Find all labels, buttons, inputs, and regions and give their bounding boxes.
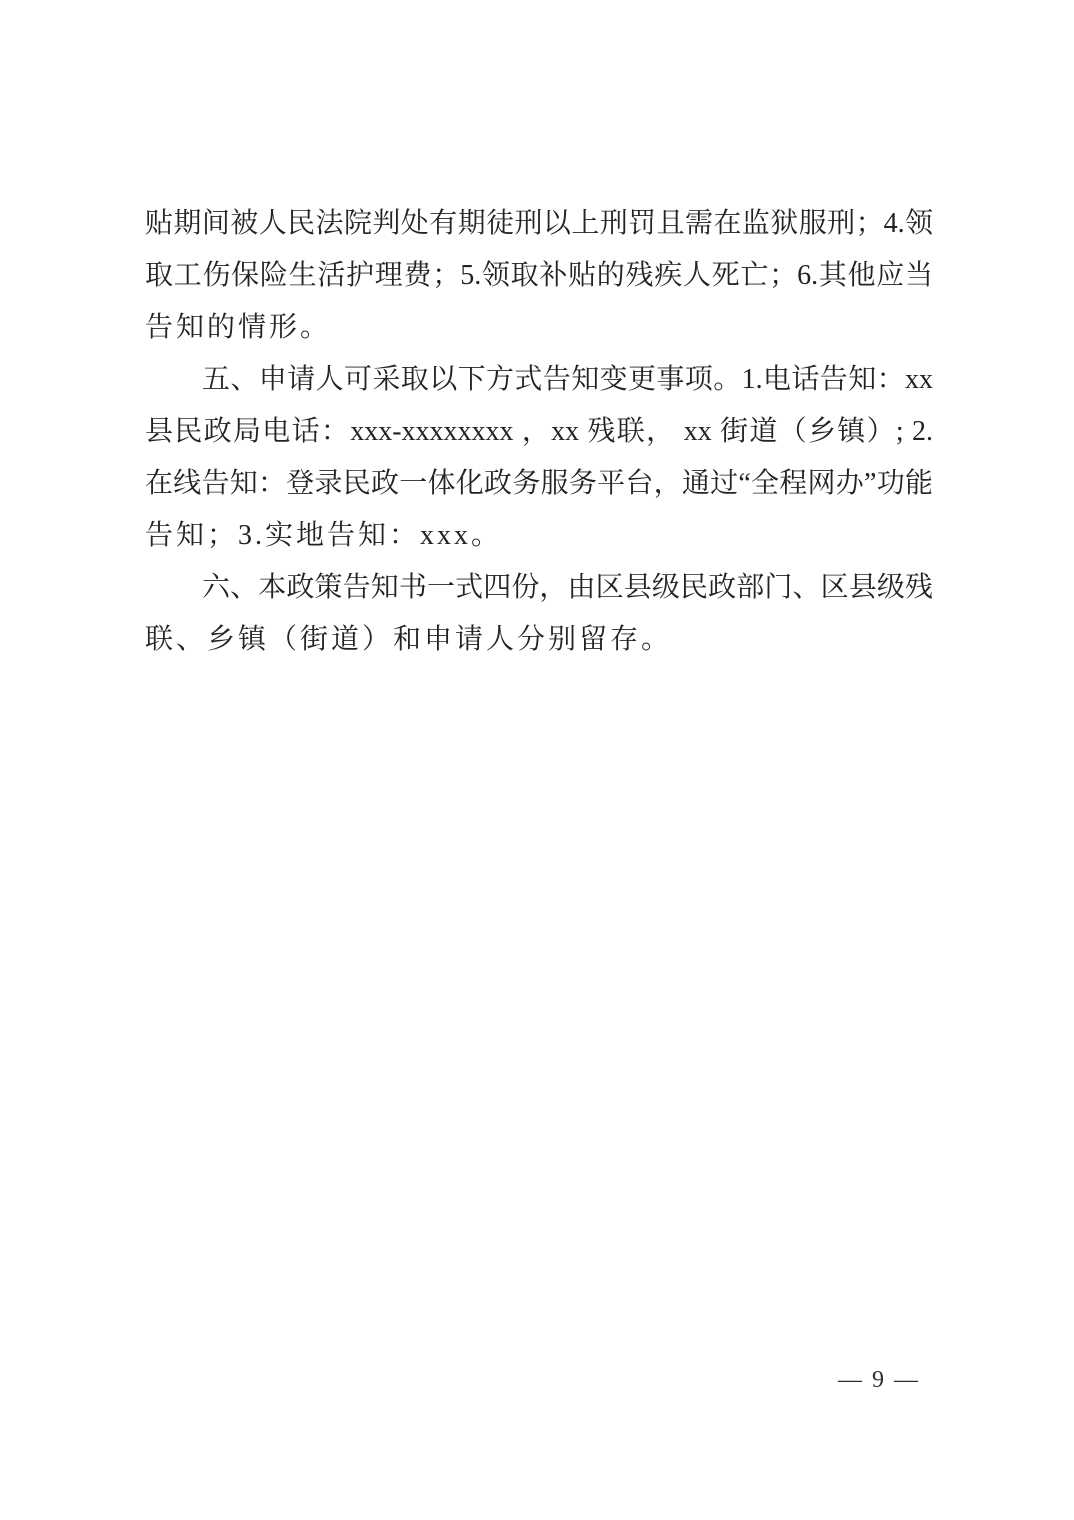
text-line: 告知的情形。 <box>145 302 933 354</box>
text-line: 县民政局电话：xxx-xxxxxxxx ，xx 残联， xx 街道（乡镇）; 2… <box>145 406 933 458</box>
text-line: 在线告知：登录民政一体化政务服务平台，通过“全程网办”功能 <box>145 458 933 510</box>
document-page: 贴期间被人民法院判处有期徒刑以上刑罚且需在监狱服刑；4.领 取工伤保险生活护理费… <box>0 0 1074 1520</box>
text-line: 六、本政策告知书一式四份，由区县级民政部门、区县级残 <box>145 562 933 614</box>
text-line: 贴期间被人民法院判处有期徒刑以上刑罚且需在监狱服刑；4.领 <box>145 198 933 250</box>
text-line: 五、申请人可采取以下方式告知变更事项。1.电话告知：xx <box>145 354 933 406</box>
paragraph: 五、申请人可采取以下方式告知变更事项。1.电话告知：xx 县民政局电话：xxx-… <box>145 354 933 562</box>
text-line: 联、乡镇（街道）和申请人分别留存。 <box>145 614 933 666</box>
paragraph: 六、本政策告知书一式四份，由区县级民政部门、区县级残 联、乡镇（街道）和申请人分… <box>145 562 933 666</box>
text-line: 取工伤保险生活护理费；5.领取补贴的残疾人死亡；6.其他应当 <box>145 250 933 302</box>
text-line: 告知；3.实地告知：xxx。 <box>145 510 933 562</box>
content-area: 贴期间被人民法院判处有期徒刑以上刑罚且需在监狱服刑；4.领 取工伤保险生活护理费… <box>145 198 933 666</box>
page-number: — 9 — <box>838 1367 920 1393</box>
page-footer: — 9 — <box>838 1362 920 1398</box>
paragraph: 贴期间被人民法院判处有期徒刑以上刑罚且需在监狱服刑；4.领 取工伤保险生活护理费… <box>145 198 933 354</box>
